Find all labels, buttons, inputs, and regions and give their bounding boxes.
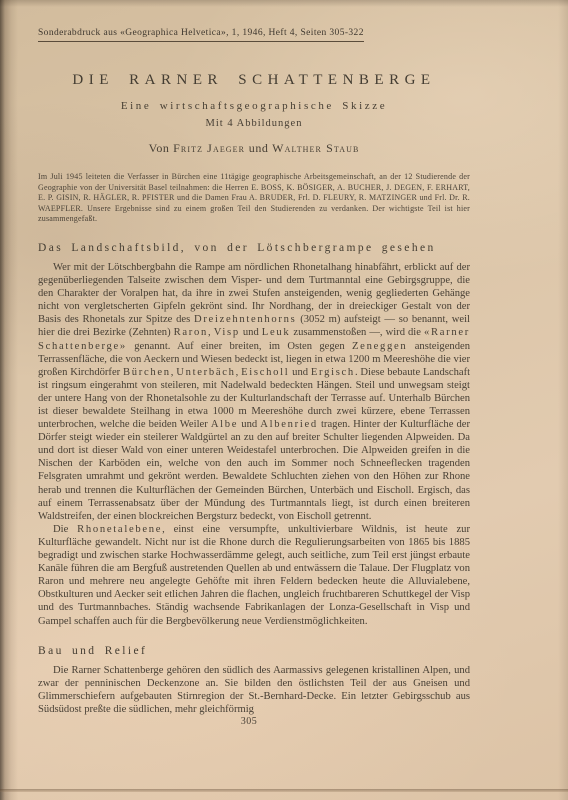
text-run: genannt. Auf einer breiten, im Osten geg… xyxy=(127,341,352,352)
paragraph: Die Rarner Schattenberge gehören den süd… xyxy=(38,664,470,716)
byline-conjunction: und xyxy=(249,141,269,155)
emphasized-term: Unterbäch xyxy=(176,367,235,378)
emphasized-term: Bürchen xyxy=(123,367,171,378)
acknowledgement-note: Im Juli 1945 leiteten die Verfasser in B… xyxy=(38,172,470,225)
paragraph: Wer mit der Lötschbergbahn die Rampe am … xyxy=(38,261,470,523)
emphasized-term: Ergisch xyxy=(311,367,355,378)
text-run: Die xyxy=(53,524,77,535)
text-run: Die Rarner Schattenberge gehören den süd… xyxy=(38,665,470,715)
sections: Das Landschaftsbild, von der Lötschbergr… xyxy=(38,242,470,716)
paragraph: Die Rhonetalebene, einst eine versumpfte… xyxy=(38,523,470,628)
byline: Von Fritz Jaeger und Walther Staub xyxy=(38,141,470,156)
text-run: tragen. Hinter der Kulturfläche der Dörf… xyxy=(38,419,470,522)
emphasized-term: Visp xyxy=(214,327,240,338)
emphasized-term: Raron xyxy=(174,327,208,338)
masthead: Sonderabdruck aus «Geographica Helvetica… xyxy=(38,22,470,42)
figures-note: Mit 4 Abbildungen xyxy=(38,118,470,129)
masthead-text: Sonderabdruck aus «Geographica Helvetica… xyxy=(38,28,364,42)
emphasized-term: Rhonetalebene xyxy=(77,524,162,535)
author-1: Fritz Jaeger xyxy=(173,141,245,155)
text-run: und xyxy=(238,419,260,430)
emphasized-term: Leuk xyxy=(262,327,291,338)
emphasized-term: Albe xyxy=(211,419,238,430)
section-heading: Das Landschaftsbild, von der Lötschbergr… xyxy=(38,242,470,254)
author-2: Walther Staub xyxy=(272,141,359,155)
page-number: 305 xyxy=(0,716,498,727)
emphasized-term: Zeneggen xyxy=(352,341,407,352)
emphasized-term: Dreizehntenhorns xyxy=(194,314,297,325)
text-run: zusammenstoßen —, wird die xyxy=(290,327,424,338)
text-run: und xyxy=(289,367,310,378)
emphasized-term: Albenried xyxy=(260,419,318,430)
byline-prefix: Von xyxy=(149,141,170,155)
section-heading: Bau und Relief xyxy=(38,645,470,657)
article-subtitle: Eine wirtschaftsgeographische Skizze xyxy=(38,100,470,112)
page: Sonderabdruck aus «Geographica Helvetica… xyxy=(0,0,568,800)
text-run: , einst eine versumpfte, unkultivierbare… xyxy=(38,524,470,627)
article-title: DIE RARNER SCHATTENBERGE xyxy=(38,72,470,89)
text-run: und xyxy=(240,327,262,338)
emphasized-term: Eischoll xyxy=(241,367,289,378)
